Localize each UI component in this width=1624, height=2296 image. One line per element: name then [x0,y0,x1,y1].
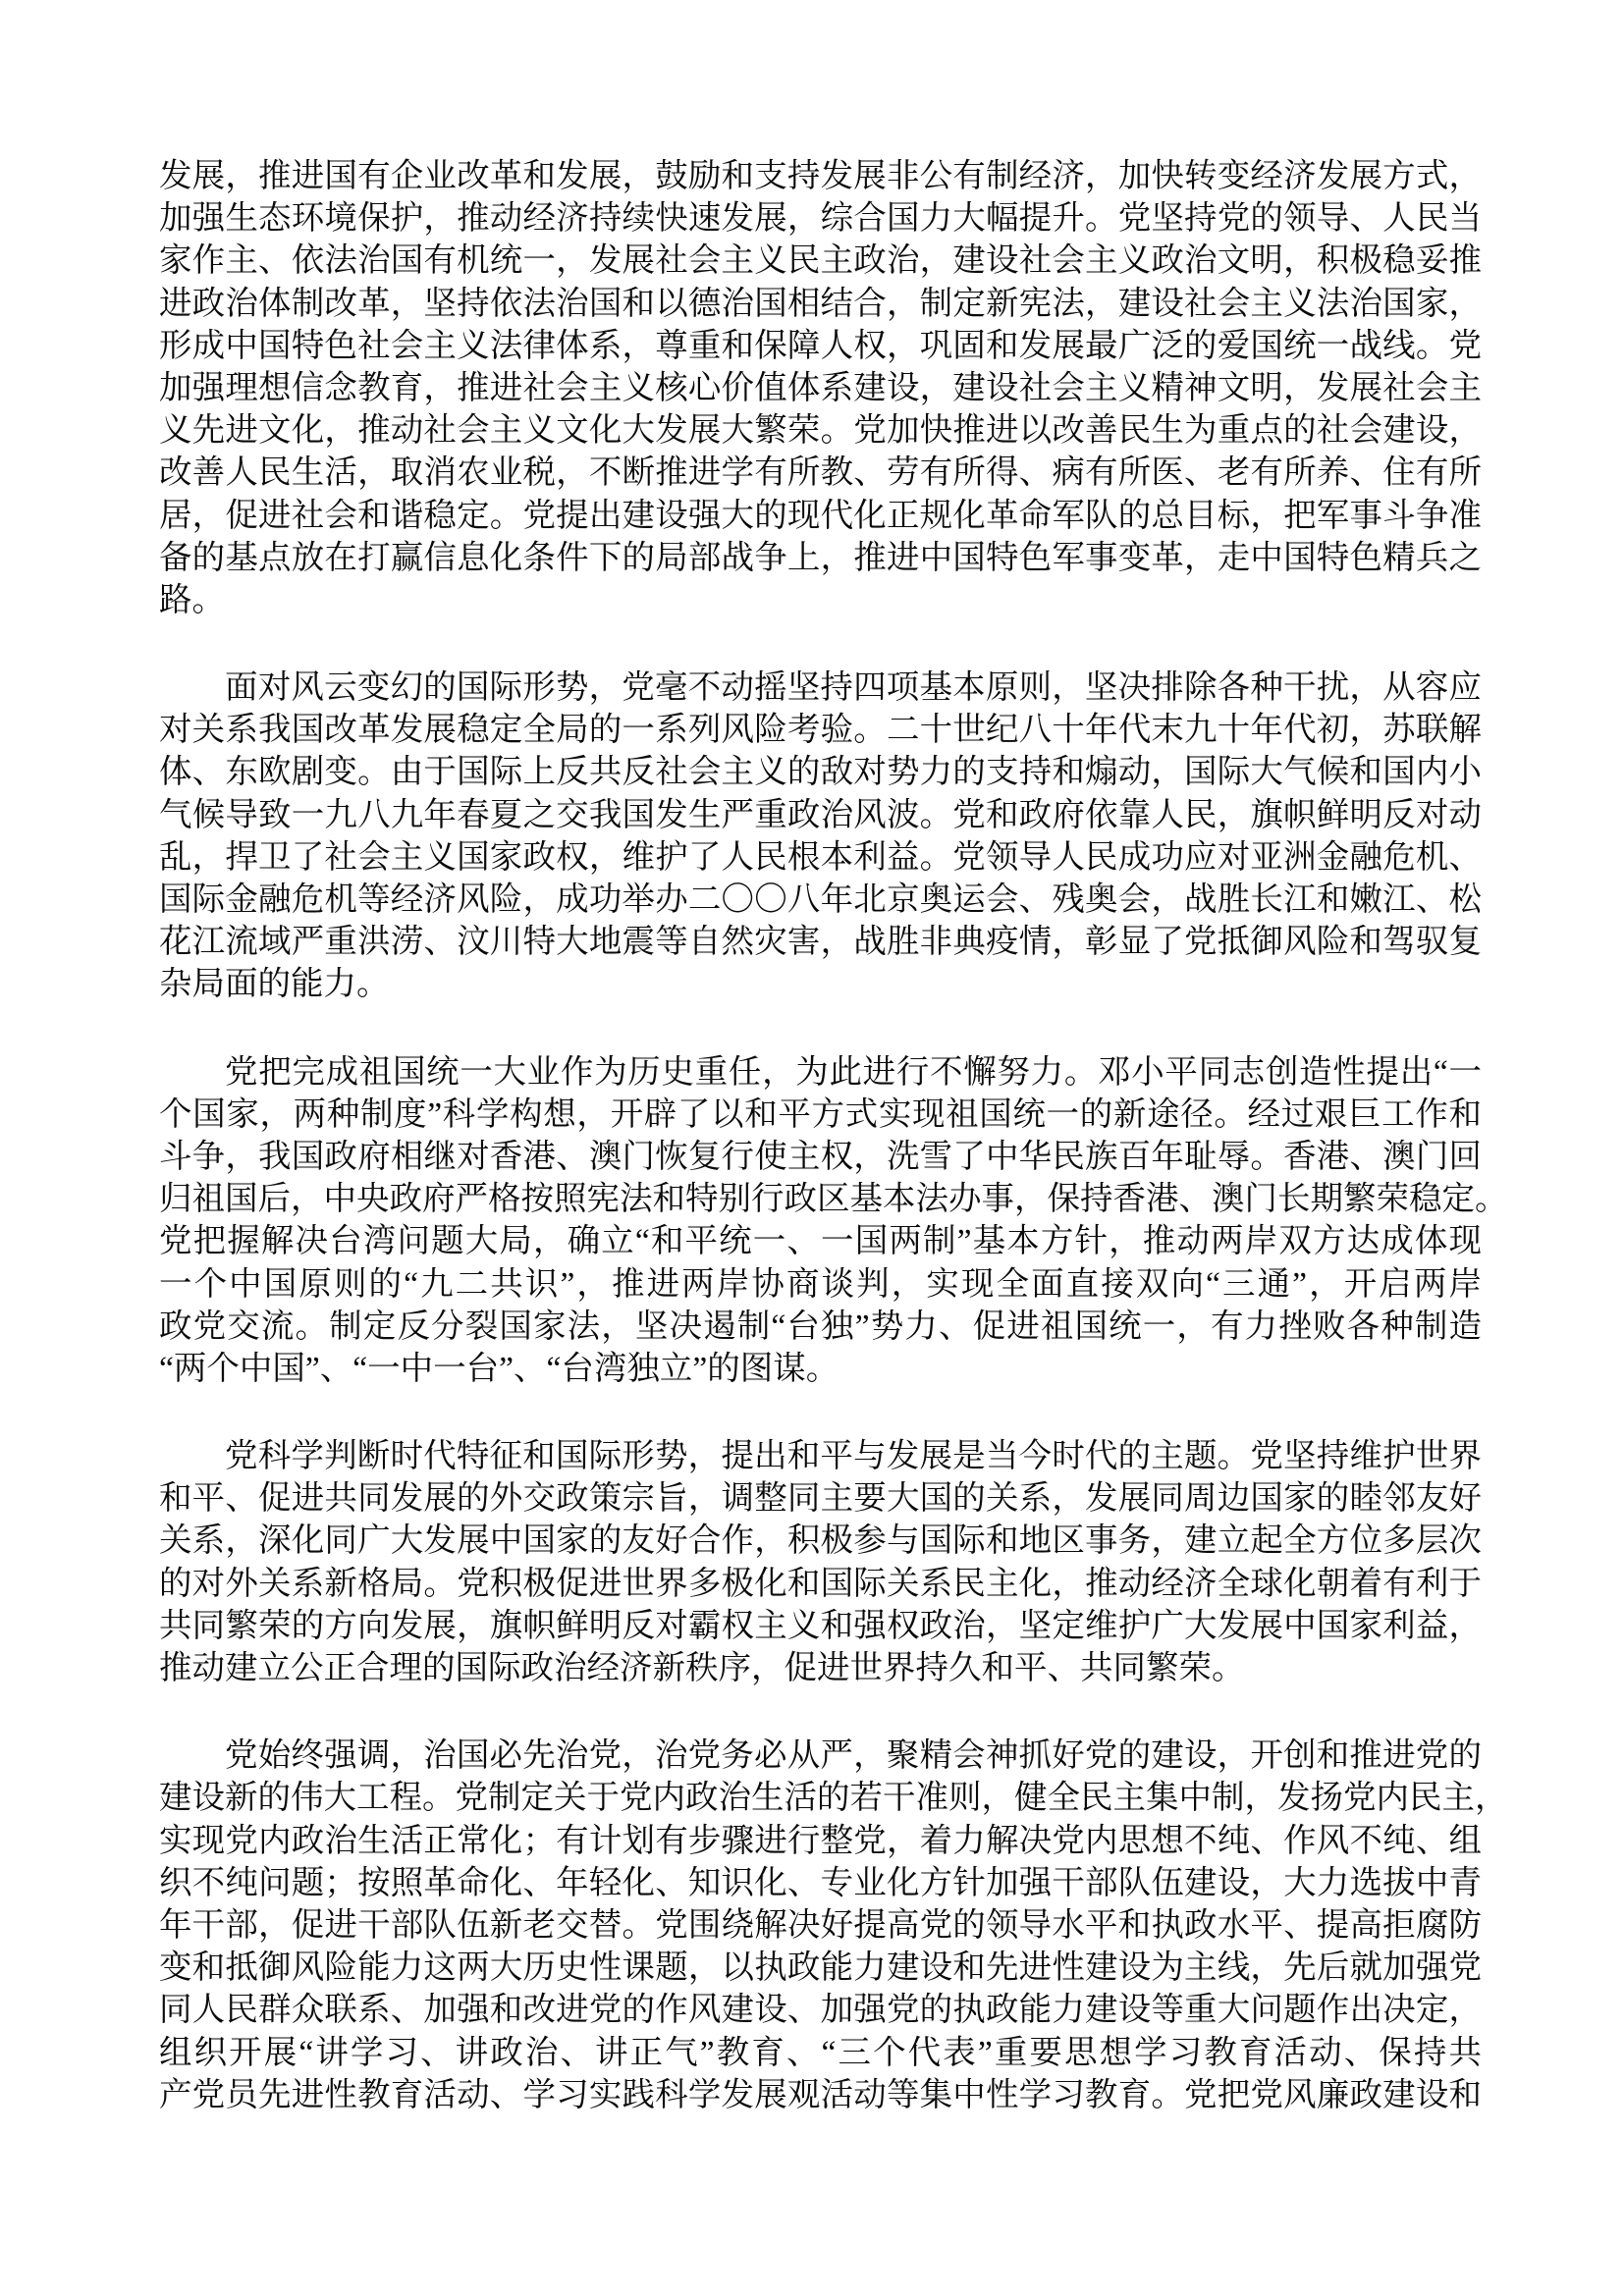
text-line: 对关系我国改革发展稳定全局的一系列风险考验。二十世纪八十年代末九十年代初，苏联解 [159,709,1482,751]
paragraph: 党把完成祖国统一大业作为历史重任，为此进行不懈努力。邓小平同志创造性提出“一个国… [159,1051,1482,1391]
text-line: 国际金融危机等经济风险，成功举办二〇〇八年北京奥运会、残奥会，战胜长江和嫩江、松 [159,879,1482,921]
text-line: “两个中国”、“一中一台”、“台湾独立”的图谋。 [159,1348,1482,1390]
text-line: 进政治体制改革，坚持依法治国和以德治国相结合，制定新宪法，建设社会主义法治国家， [159,283,1482,325]
text-line: 和平、促进共同发展的外交政策宗旨，调整同主要大国的关系，发展同周边国家的睦邻友好 [159,1477,1482,1520]
text-line: 产党员先进性教育活动、学习实践科学发展观活动等集中性学习教育。党把党风廉政建设和 [159,2074,1482,2116]
text-line: 个国家，两种制度”科学构想，开辟了以和平方式实现祖国统一的新途径。经过艰巨工作和 [159,1094,1482,1136]
text-line: 党把握解决台湾问题大局，确立“和平统一、一国两制”基本方针，推动两岸双方达成体现 [159,1220,1482,1262]
text-line: 路。 [159,579,1482,621]
text-line: 斗争，我国政府相继对香港、澳门恢复行使主权，洗雪了中华民族百年耻辱。香港、澳门回 [159,1136,1482,1178]
text-line: 变和抵御风险能力这两大历史性课题，以执政能力建设和先进性建设为主线，先后就加强党 [159,1947,1482,1989]
text-line: 杂局面的能力。 [159,963,1482,1005]
paragraph: 党始终强调，治国必先治党，治党务必从严，聚精会神抓好党的建设，开创和推进党的建设… [159,1735,1482,2116]
text-line: 党把完成祖国统一大业作为历史重任，为此进行不懈努力。邓小平同志创造性提出“一 [159,1051,1482,1094]
text-line: 家作主、依法治国有机统一，发展社会主义民主政治，建设社会主义政治文明，积极稳妥推 [159,240,1482,282]
text-line: 年干部，促进干部队伍新老交替。党围绕解决好提高党的领导水平和执政水平、提高拒腐防 [159,1904,1482,1947]
text-line: 关系，深化同广大发展中国家的友好合作，积极参与国际和地区事务，建立起全方位多层次 [159,1520,1482,1562]
paragraph: 发展，推进国有企业改革和发展，鼓励和支持发展非公有制经济，加快转变经济发展方式，… [159,155,1482,621]
text-line: 备的基点放在打赢信息化条件下的局部战争上，推进中国特色军事变革，走中国特色精兵之 [159,537,1482,579]
text-line: 乱，捍卫了社会主义国家政权，维护了人民根本利益。党领导人民成功应对亚洲金融危机、 [159,836,1482,879]
text-line: 归祖国后，中央政府严格按照宪法和特别行政区基本法办事，保持香港、澳门长期繁荣稳定… [159,1178,1482,1220]
text-line: 花江流域严重洪涝、汶川特大地震等自然灾害，战胜非典疫情，彰显了党抵御风险和驾驭复 [159,921,1482,963]
text-line: 建设新的伟大工程。党制定关于党内政治生活的若干准则，健全民主集中制，发扬党内民主… [159,1777,1482,1819]
text-line: 加强生态环境保护，推动经济持续快速发展，综合国力大幅提升。党坚持党的领导、人民当 [159,197,1482,240]
text-line: 实现党内政治生活正常化；有计划有步骤进行整党，着力解决党内思想不纯、作风不纯、组 [159,1820,1482,1862]
text-line: 组织开展“讲学习、讲政治、讲正气”教育、“三个代表”重要思想学习教育活动、保持共 [159,2032,1482,2074]
text-line: 党科学判断时代特征和国际形势，提出和平与发展是当今时代的主题。党坚持维护世界 [159,1435,1482,1477]
text-line: 同人民群众联系、加强和改进党的作风建设、加强党的执政能力建设等重大问题作出决定， [159,1989,1482,2031]
text-line: 推动建立公正合理的国际政治经济新秩序，促进世界持久和平、共同繁荣。 [159,1647,1482,1689]
text-line: 改善人民生活，取消农业税，不断推进学有所教、劳有所得、病有所医、老有所养、住有所 [159,452,1482,494]
document-page: 发展，推进国有企业改革和发展，鼓励和支持发展非公有制经济，加快转变经济发展方式，… [159,155,1482,2116]
text-line: 气候导致一九八九年春夏之交我国发生严重政治风波。党和政府依靠人民，旗帜鲜明反对动 [159,794,1482,836]
text-line: 义先进文化，推动社会主义文化大发展大繁荣。党加快推进以改善民生为重点的社会建设， [159,409,1482,452]
text-line: 形成中国特色社会主义法律体系，尊重和保障人权，巩固和发展最广泛的爱国统一战线。党 [159,325,1482,367]
text-line: 居，促进社会和谐稳定。党提出建设强大的现代化正规化革命军队的总目标，把军事斗争准 [159,495,1482,537]
paragraph: 面对风云变幻的国际形势，党毫不动摇坚持四项基本原则，坚决排除各种干扰，从容应对关… [159,667,1482,1006]
text-line: 的对外关系新格局。党积极促进世界多极化和国际关系民主化，推动经济全球化朝着有利于 [159,1563,1482,1605]
text-line: 体、东欧剧变。由于国际上反共反社会主义的敌对势力的支持和煽动，国际大气候和国内小 [159,751,1482,793]
paragraph: 党科学判断时代特征和国际形势，提出和平与发展是当今时代的主题。党坚持维护世界和平… [159,1435,1482,1689]
text-line: 加强理想信念教育，推进社会主义核心价值体系建设，建设社会主义精神文明，发展社会主 [159,367,1482,409]
text-line: 一个中国原则的“九二共识”，推进两岸协商谈判，实现全面直接双向“三通”，开启两岸 [159,1263,1482,1306]
text-line: 共同繁荣的方向发展，旗帜鲜明反对霸权主义和强权政治，坚定维护广大发展中国家利益， [159,1605,1482,1647]
text-line: 政党交流。制定反分裂国家法，坚决遏制“台独”势力、促进祖国统一，有力挫败各种制造 [159,1306,1482,1348]
text-line: 发展，推进国有企业改革和发展，鼓励和支持发展非公有制经济，加快转变经济发展方式， [159,155,1482,197]
text-line: 织不纯问题；按照革命化、年轻化、知识化、专业化方针加强干部队伍建设，大力选拔中青 [159,1862,1482,1904]
text-line: 党始终强调，治国必先治党，治党务必从严，聚精会神抓好党的建设，开创和推进党的 [159,1735,1482,1777]
text-line: 面对风云变幻的国际形势，党毫不动摇坚持四项基本原则，坚决排除各种干扰，从容应 [159,667,1482,709]
